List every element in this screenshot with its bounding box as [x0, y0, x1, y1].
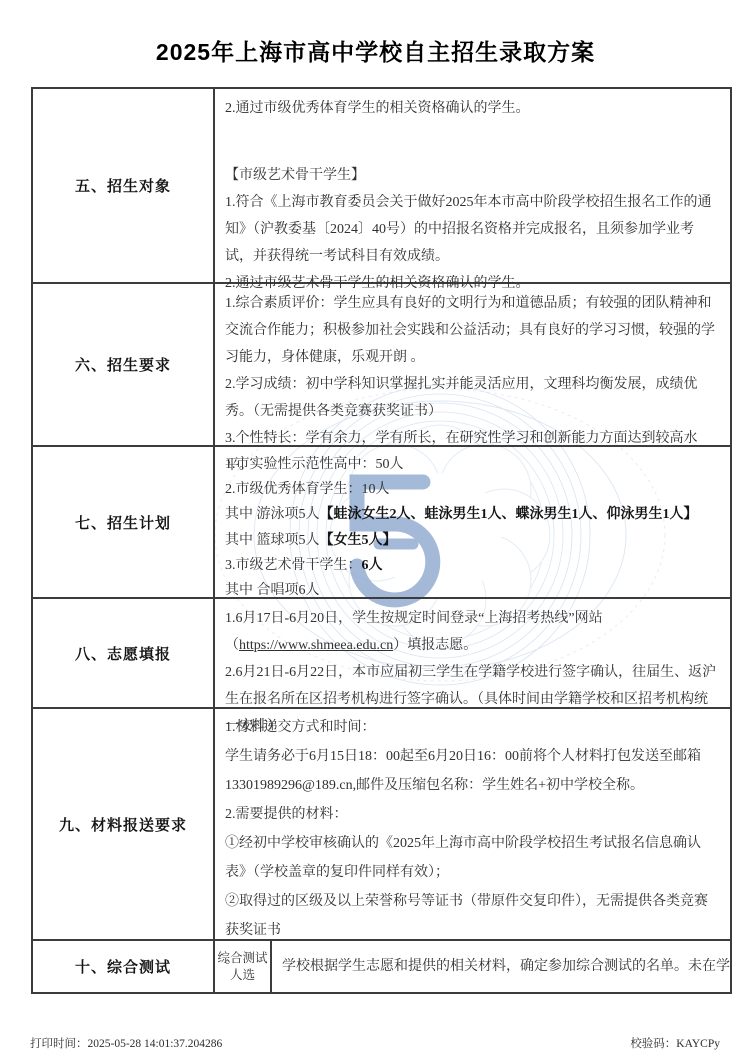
row-content: 1.材料递交方式和时间： 学生请务必于6月15日18：00起至6月20日16：0…: [215, 709, 730, 939]
print-footer: 打印时间：2025-05-28 14:01:37.204286 校验码：KAYC…: [30, 1035, 720, 1051]
paragraph: 其中 游泳项5人【蛙泳女生2人、蛙泳男生1人、蝶泳男生1人、仰泳男生1人】: [225, 502, 718, 527]
row-label: 十、综合测试: [33, 941, 215, 992]
website-url: https://www.shmeea.edu.cn: [239, 638, 393, 653]
sub-header-line: 人选: [230, 967, 255, 984]
row-label: 八、志愿填报: [33, 599, 215, 707]
paragraph: ②取得过的区级及以上荣誉称号等证书（带原件交复印件），无需提供各类竞赛获奖证书: [225, 887, 718, 945]
row-content: 1.6月17日-6月20日，学生按规定时间登录“上海招考热线”网站 （https…: [215, 599, 730, 707]
sub-header-cell: 综合测试 人选: [215, 941, 272, 992]
check-code: 校验码：KAYCPy: [630, 1035, 720, 1051]
text-segment: ）填报志愿。: [393, 638, 477, 653]
table-row: 九、材料报送要求 1.材料递交方式和时间： 学生请务必于6月15日18：00起至…: [33, 709, 730, 941]
text-segment: 其中 游泳项5人: [225, 507, 320, 522]
row-label: 九、材料报送要求: [33, 709, 215, 939]
paragraph: 13301989296@189.cn,邮件及压缩包名称：学生姓名+初中学校全称。: [225, 771, 718, 800]
paragraph: 学校根据学生志愿和提供的相关材料，确定参加综合测试的名单。未在学校综: [282, 953, 730, 980]
paragraph: 【市级艺术骨干学生】: [225, 162, 718, 189]
paragraph: 其中 篮球项5人【女生5人】: [225, 528, 718, 553]
paragraph: 1.市实验性示范性高中：50人: [225, 452, 718, 477]
row-content: 1.综合素质评价：学生应具有良好的文明行为和道德品质；有较强的团队精神和交流合作…: [215, 284, 730, 445]
paragraph: 2.市级优秀体育学生：10人: [225, 477, 718, 502]
page-title: 2025年上海市高中学校自主招生录取方案: [0, 34, 751, 67]
paragraph: 学生请务必于6月15日18：00起至6月20日16：00前将个人材料打包发送至邮…: [225, 742, 718, 771]
paragraph: 3.市级艺术骨干学生：6人: [225, 553, 718, 578]
table-row: 八、志愿填报 1.6月17日-6月20日，学生按规定时间登录“上海招考热线”网站…: [33, 599, 730, 709]
sub-header-line: 综合测试: [217, 950, 267, 967]
row-content: 1.市实验性示范性高中：50人 2.市级优秀体育学生：10人 其中 游泳项5人【…: [215, 447, 730, 597]
text-segment: 其中 篮球项5人: [225, 533, 320, 548]
row-label: 七、招生计划: [33, 447, 215, 597]
bold-segment: 【女生5人】: [320, 533, 397, 548]
table-row: 七、招生计划 1.市实验性示范性高中：50人 2.市级优秀体育学生：10人 其中…: [33, 447, 730, 599]
table-row: 五、招生对象 2.通过市级优秀体育学生的相关资格确认的学生。 【市级艺术骨干学生…: [33, 89, 730, 284]
bold-segment: 6人: [362, 558, 383, 573]
admission-plan-table: 五、招生对象 2.通过市级优秀体育学生的相关资格确认的学生。 【市级艺术骨干学生…: [31, 87, 732, 994]
row-content: 学校根据学生志愿和提供的相关材料，确定参加综合测试的名单。未在学校综: [272, 941, 730, 992]
row-content: 2.通过市级优秀体育学生的相关资格确认的学生。 【市级艺术骨干学生】 1.符合《…: [215, 89, 730, 282]
bold-segment: 【蛙泳女生2人、蛙泳男生1人、蝶泳男生1人、仰泳男生1人】: [320, 507, 698, 522]
paragraph: 1.符合《上海市教育委员会关于做好2025年本市高中阶段学校招生报名工作的通知》…: [225, 189, 718, 270]
paragraph: ①经初中学校审核确认的《2025年上海市高中阶段学校招生考试报名信息确认表》（学…: [225, 829, 718, 887]
row-label: 六、招生要求: [33, 284, 215, 445]
table-row: 十、综合测试 综合测试 人选 学校根据学生志愿和提供的相关材料，确定参加综合测试…: [33, 941, 730, 992]
paragraph: （https://www.shmeea.edu.cn）填报志愿。: [225, 632, 718, 659]
paragraph: 1.材料递交方式和时间：: [225, 713, 718, 742]
paragraph: 1.6月17日-6月20日，学生按规定时间登录“上海招考热线”网站: [225, 605, 718, 632]
print-time: 打印时间：2025-05-28 14:01:37.204286: [30, 1035, 222, 1051]
paragraph: 1.综合素质评价：学生应具有良好的文明行为和道德品质；有较强的团队精神和交流合作…: [225, 290, 718, 371]
paragraph: 2.学习成绩：初中学科知识掌握扎实并能灵活应用，文理科均衡发展，成绩优秀。（无需…: [225, 371, 718, 425]
document-page: 2025年上海市高中学校自主招生录取方案: [0, 0, 751, 1063]
text-segment: （: [225, 638, 239, 653]
text-segment: 3.市级艺术骨干学生：: [225, 558, 362, 573]
row-label: 五、招生对象: [33, 89, 215, 282]
paragraph: 2.通过市级优秀体育学生的相关资格确认的学生。: [225, 95, 718, 122]
paragraph: 2.需要提供的材料：: [225, 800, 718, 829]
table-row: 六、招生要求 1.综合素质评价：学生应具有良好的文明行为和道德品质；有较强的团队…: [33, 284, 730, 447]
